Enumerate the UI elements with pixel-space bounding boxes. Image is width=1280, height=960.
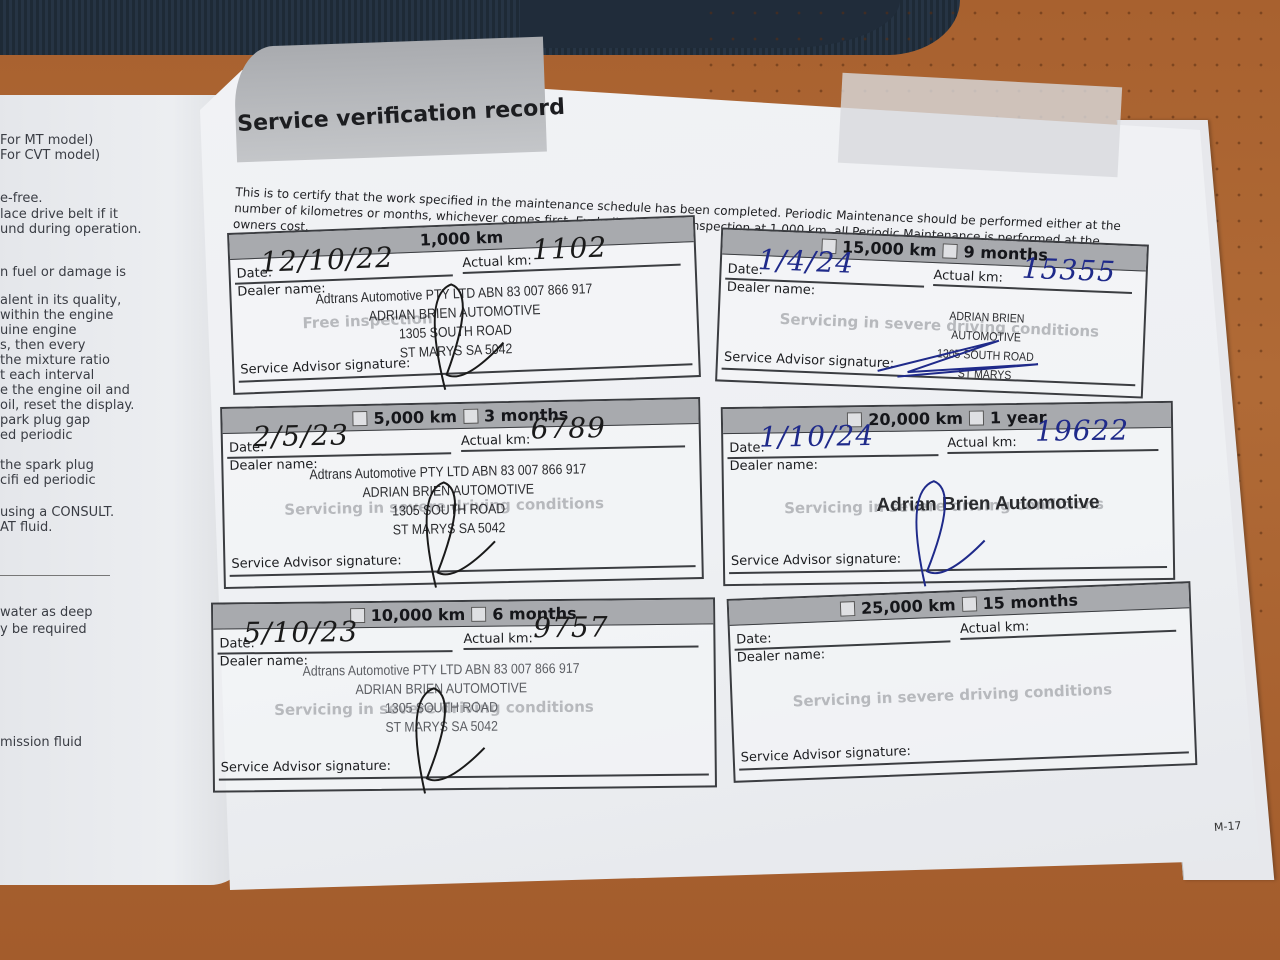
service-record-1000km: 1,000 kmDate:Actual km:Dealer name:Free …: [227, 215, 701, 395]
service-record-10000km: 10,000 km6 monthsDate:Actual km:Dealer n…: [211, 597, 717, 792]
checkbox[interactable]: [463, 408, 478, 423]
signature-line: [722, 368, 1136, 386]
actual-km-label: Actual km:: [463, 631, 533, 647]
handwritten-actual-km: 1102: [531, 230, 607, 266]
checkbox[interactable]: [840, 601, 856, 617]
dealer-name-label: Dealer name:: [727, 280, 816, 299]
dealer-stamp: Adtrans Automotive PTY LTD ABN 83 007 86…: [315, 279, 595, 366]
checkbox[interactable]: [352, 410, 367, 425]
actual-km-label: Actual km:: [462, 253, 532, 271]
dealer-name-label: Dealer name:: [237, 281, 326, 299]
actual-km-label: Actual km:: [947, 435, 1017, 451]
actual-km-label: Actual km:: [461, 433, 531, 449]
watermark-text: Servicing in severe driving conditions: [792, 680, 1112, 710]
dealer-stamp: Adrian Brien Automotive: [876, 491, 1099, 516]
service-record-15000km: 15,000 km9 monthsDate:Actual km:Dealer n…: [715, 227, 1149, 398]
date-label: Date:: [736, 631, 772, 647]
service-record-5000km: 5,000 km3 monthsDate:Actual km:Dealer na…: [220, 397, 704, 589]
checkbox[interactable]: [942, 243, 958, 259]
interval-km: 15,000 km: [842, 237, 937, 260]
service-record-25000km: 25,000 km15 monthsDate:Actual km:Dealer …: [727, 581, 1198, 783]
dealer-stamp: ADRIAN BRIENAUTOMOTIVE1305 SOUTH ROADST …: [936, 306, 1036, 386]
handwritten-date: 1/10/24: [759, 419, 874, 454]
handwritten-actual-km: 15355: [1021, 252, 1116, 289]
stamp-line: ST MARYS SA 5042: [303, 716, 580, 738]
actual-km-label: Actual km:: [933, 268, 1003, 286]
stamp-line: ST MARYS: [936, 363, 1034, 386]
checkbox[interactable]: [471, 606, 486, 621]
handwritten-actual-km: 6789: [530, 411, 606, 446]
actual-km-label: Actual km:: [960, 619, 1030, 637]
interval-km: 25,000 km: [861, 595, 956, 618]
checkbox[interactable]: [969, 410, 984, 425]
checkbox[interactable]: [961, 596, 977, 612]
dealer-stamp: Adtrans Automotive PTY LTD ABN 83 007 86…: [303, 659, 581, 738]
interval-time: 15 months: [982, 590, 1078, 613]
stamp-line: 1305 SOUTH ROAD: [937, 344, 1035, 367]
signature-scribble: [864, 469, 1066, 592]
dealer-name-label: Dealer name:: [220, 654, 308, 670]
handwritten-date: 1/4/24: [757, 243, 854, 280]
dealer-name-label: Dealer name:: [729, 458, 818, 474]
handwritten-actual-km: 19622: [1035, 413, 1130, 447]
signature-label: Service Advisor signature:: [221, 759, 391, 776]
handwritten-date: 12/10/22: [260, 241, 395, 279]
interval-km: 5,000 km: [373, 407, 457, 428]
interval-km: 20,000 km: [868, 408, 963, 428]
dealer-stamp: Adtrans Automotive PTY LTD ABN 83 007 86…: [309, 459, 587, 541]
handwritten-actual-km: 9757: [533, 610, 609, 644]
signature-label: Service Advisor signature:: [731, 552, 901, 569]
interval-km: 10,000 km: [371, 604, 466, 624]
service-record-20000km: 20,000 km1 yearDate:Actual km:Dealer nam…: [721, 401, 1175, 586]
handwritten-date: 2/5/23: [252, 418, 349, 453]
interval-km: 1,000 km: [419, 227, 503, 249]
dealer-name-label: Dealer name:: [229, 457, 318, 474]
dealer-name-label: Dealer name:: [737, 647, 826, 665]
page-title: Service verification record: [237, 95, 566, 137]
page-number: M-17: [1214, 819, 1242, 834]
stamp-line: Adtrans Automotive PTY LTD ABN 83 007 86…: [303, 659, 580, 681]
signature-label: Service Advisor signature:: [231, 553, 401, 572]
interval-header: 25,000 km15 months: [729, 583, 1190, 626]
handwritten-date: 5/10/23: [243, 615, 358, 649]
